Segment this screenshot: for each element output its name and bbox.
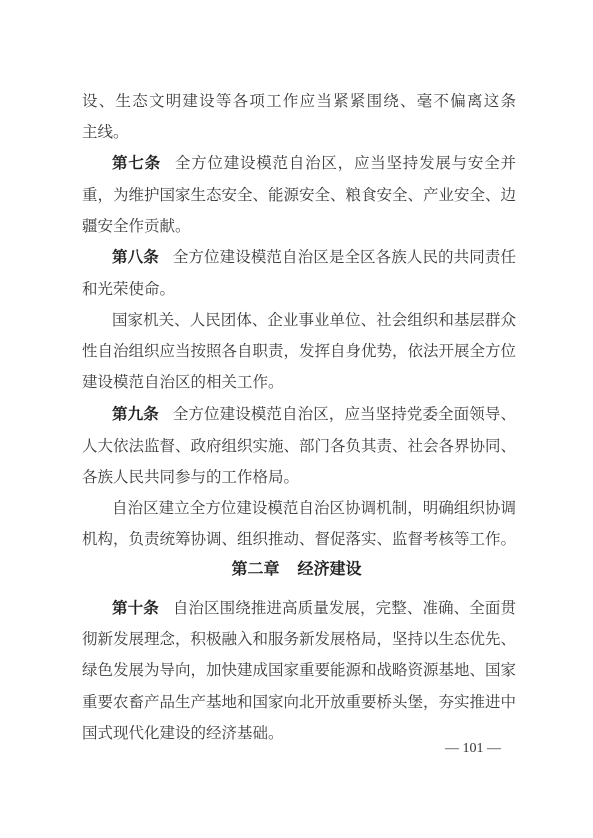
line-text: 重，为维护国家生态安全、能源安全、粮食安全、产业安全、边 bbox=[82, 186, 516, 204]
line-text: 全方位建设模范自治区，应当坚持党委全面领导、 bbox=[173, 405, 516, 423]
text-line: 人大依法监督、政府组织实施、部门各负其责、社会各界协同、 bbox=[82, 436, 516, 456]
chapter-title: 经济建设 bbox=[298, 559, 362, 578]
text-line: 性自治组织应当按照各自职责，发挥自身优势，依法开展全方位 bbox=[82, 341, 516, 361]
text-line: 国家机关、人民团体、企业事业单位、社会组织和基层群众 bbox=[112, 310, 516, 330]
text-line: 重，为维护国家生态安全、能源安全、粮食安全、产业安全、边 bbox=[82, 185, 516, 205]
line-text: 人大依法监督、政府组织实施、部门各负其责、社会各界协同、 bbox=[82, 437, 516, 455]
article-number: 第十条 bbox=[112, 599, 159, 617]
line-text: 彻新发展理念，积极融入和服务新发展格局，坚持以生态优先、 bbox=[82, 630, 516, 648]
text-line: 国式现代化建设的经济基础。 bbox=[82, 723, 516, 743]
article-line: 第十条自治区围绕推进高质量发展，完整、准确、全面贯 bbox=[112, 598, 516, 618]
text-line: 绿色发展为导向，加快建成国家重要能源和战略资源基地、国家 bbox=[82, 660, 516, 680]
line-text: 自治区围绕推进高质量发展，完整、准确、全面贯 bbox=[173, 599, 516, 617]
line-text: 主线。 bbox=[82, 123, 129, 141]
line-text: 各族人民共同参与的工作格局。 bbox=[82, 468, 299, 486]
line-text: 性自治组织应当按照各自职责，发挥自身优势，依法开展全方位 bbox=[82, 342, 516, 360]
article-number: 第七条 bbox=[112, 154, 161, 172]
line-text: 国式现代化建设的经济基础。 bbox=[82, 724, 284, 742]
page-number: — 101 — bbox=[445, 741, 501, 757]
article-number: 第九条 bbox=[112, 405, 159, 423]
text-line: 自治区建立全方位建设模范自治区协调机制，明确组织协调 bbox=[112, 498, 516, 518]
text-line: 疆安全作贡献。 bbox=[82, 216, 516, 236]
text-line: 机构，负责统筹协调、组织推动、督促落实、监督考核等工作。 bbox=[82, 529, 516, 549]
line-text: 机构，负责统筹协调、组织推动、督促落实、监督考核等工作。 bbox=[82, 530, 516, 548]
chapter-number: 第二章 bbox=[231, 559, 279, 578]
article-line: 第八条全方位建设模范自治区是全区各族人民的共同责任 bbox=[112, 247, 516, 267]
text-line: 彻新发展理念，积极融入和服务新发展格局，坚持以生态优先、 bbox=[82, 629, 516, 649]
line-text: 绿色发展为导向，加快建成国家重要能源和战略资源基地、国家 bbox=[82, 661, 516, 679]
line-text: 疆安全作贡献。 bbox=[82, 217, 191, 235]
article-line: 第九条全方位建设模范自治区，应当坚持党委全面领导、 bbox=[112, 404, 516, 424]
text-line: 和光荣使命。 bbox=[82, 279, 516, 299]
line-text: 全方位建设模范自治区，应当坚持发展与安全并 bbox=[175, 154, 516, 172]
line-text: 建设模范自治区的相关工作。 bbox=[82, 373, 284, 391]
text-line: 主线。 bbox=[82, 122, 516, 142]
article-line: 第七条全方位建设模范自治区，应当坚持发展与安全并 bbox=[112, 153, 516, 173]
line-text: 自治区建立全方位建设模范自治区协调机制，明确组织协调 bbox=[112, 499, 516, 517]
line-text: 全方位建设模范自治区是全区各族人民的共同责任 bbox=[173, 248, 516, 266]
line-text: 设、生态文明建设等各项工作应当紧紧围绕、毫不偏离这条 bbox=[82, 92, 516, 110]
document-page: 设、生态文明建设等各项工作应当紧紧围绕、毫不偏离这条主线。第七条全方位建设模范自… bbox=[0, 0, 593, 838]
text-line: 重要农畜产品生产基地和国家向北开放重要桥头堡，夯实推进中 bbox=[82, 692, 516, 712]
text-line: 各族人民共同参与的工作格局。 bbox=[82, 467, 516, 487]
line-text: 国家机关、人民团体、企业事业单位、社会组织和基层群众 bbox=[112, 311, 516, 329]
text-line: 设、生态文明建设等各项工作应当紧紧围绕、毫不偏离这条 bbox=[82, 91, 516, 111]
line-text: 重要农畜产品生产基地和国家向北开放重要桥头堡，夯实推进中 bbox=[82, 693, 516, 711]
text-line: 建设模范自治区的相关工作。 bbox=[82, 372, 516, 392]
article-number: 第八条 bbox=[112, 248, 159, 266]
chapter-heading: 第二章经济建设 bbox=[0, 556, 593, 579]
line-text: 和光荣使命。 bbox=[82, 280, 175, 298]
